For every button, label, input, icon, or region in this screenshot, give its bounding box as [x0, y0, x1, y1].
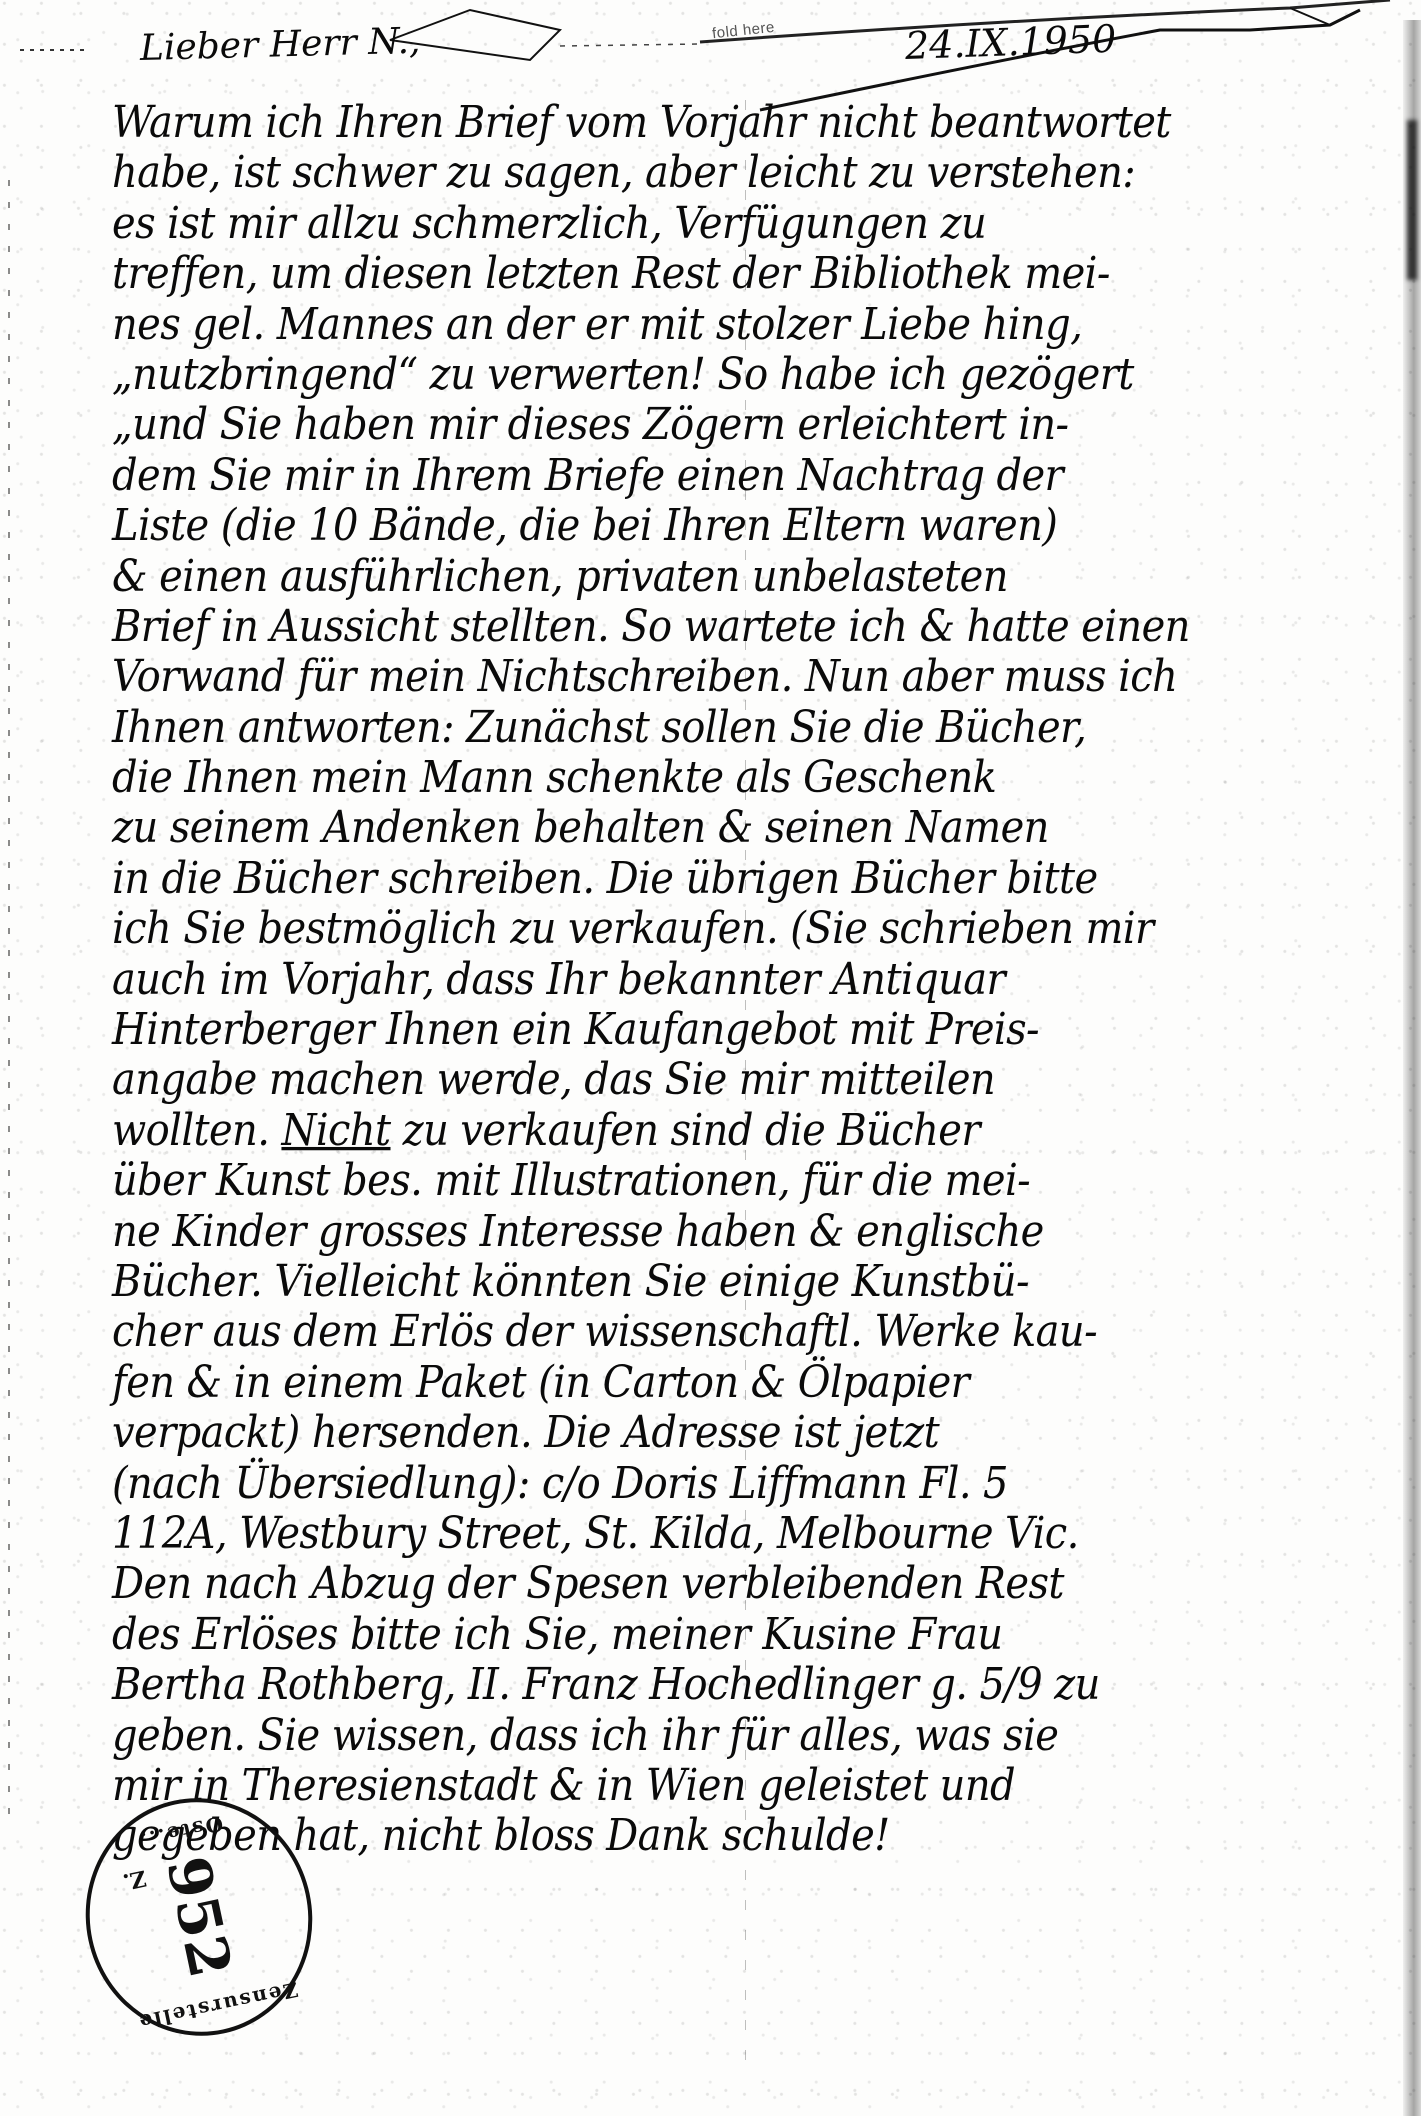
body-line: verpackt) hersenden. Die Adresse ist jet…: [112, 1405, 1382, 1460]
body-line: über Kunst bes. mit Illustrationen, für …: [112, 1153, 1382, 1208]
body-line: Hinterberger Ihnen ein Kaufangebot mit P…: [112, 1002, 1382, 1057]
body-line: Vorwand für mein Nichtschreiben. Nun abe…: [112, 649, 1382, 704]
stamp-letter: Z.: [120, 1864, 148, 1894]
body-line: & einen ausführlichen, privaten unbelast…: [112, 548, 1382, 603]
body-line: in die Bücher schreiben. Die übrigen Büc…: [112, 851, 1382, 906]
body-line: Warum ich Ihren Brief vom Vorjahr nicht …: [112, 95, 1382, 150]
body-line: 112A, Westbury Street, St. Kilda, Melbou…: [112, 1506, 1382, 1561]
left-margin-edge: [8, 180, 10, 1816]
salutation: Lieber Herr N.,: [139, 21, 420, 69]
body-line: die Ihnen mein Mann schenkte als Geschen…: [112, 750, 1382, 805]
body-line: geben. Sie wissen, dass ich ihr für alle…: [112, 1707, 1382, 1762]
body-line: ich Sie bestmöglich zu verkaufen. (Sie s…: [112, 901, 1382, 956]
body-line: ne Kinder grosses Interesse haben & engl…: [112, 1204, 1382, 1259]
stamp-text-top: Zensurstelle: [136, 1977, 301, 2034]
underlined-word: Nicht: [281, 1105, 390, 1156]
body-line: Ihnen antworten: Zunächst sollen Sie die…: [112, 700, 1382, 755]
right-scan-shadow: [1407, 120, 1417, 280]
body-line: dem Sie mir in Ihrem Briefe einen Nachtr…: [112, 448, 1382, 503]
body-line: cher aus dem Erlös der wissenschaftl. We…: [112, 1304, 1382, 1359]
body-line: fen & in einem Paket (in Carton & Ölpapi…: [112, 1355, 1382, 1410]
body-line: auch im Vorjahr, dass Ihr bekannter Anti…: [112, 952, 1382, 1007]
body-line: gegeben hat, nicht bloss Dank schulde!: [112, 1808, 1382, 1863]
body-line: des Erlöses bitte ich Sie, meiner Kusine…: [112, 1607, 1382, 1662]
body-line: Brief in Aussicht stellten. So wartete i…: [112, 599, 1382, 654]
stamp-text-bottom: Oste...: [137, 1811, 226, 1852]
body-line: Den nach Abzug der Spesen verbleibenden …: [112, 1556, 1382, 1611]
body-line: angabe machen werde, das Sie mir mitteil…: [112, 1052, 1382, 1107]
letter-date: 24.IX.1950: [904, 17, 1117, 68]
body-line: „und Sie haben mir dieses Zögern erleich…: [112, 397, 1382, 452]
body-line: habe, ist schwer zu sagen, aber leicht z…: [112, 145, 1382, 200]
stamp-number: 952: [153, 1851, 245, 1984]
body-line: „nutzbringend“ zu verwerten! So habe ich…: [112, 347, 1382, 402]
body-line: Liste (die 10 Bände, die bei Ihren Elter…: [112, 498, 1382, 553]
body-line: zu seinem Andenken behalten & seinen Nam…: [112, 800, 1382, 855]
letter-body: Warum ich Ihren Brief vom Vorjahr nicht …: [112, 100, 1382, 1864]
letter-page: fold here Lieber Herr N., 24.IX.1950 War…: [0, 0, 1421, 2116]
body-line: Bücher. Vielleicht könnten Sie einige Ku…: [112, 1254, 1382, 1309]
body-line: mir in Theresienstadt & in Wien geleiste…: [112, 1758, 1382, 1813]
right-scan-edge: [1403, 20, 1421, 2116]
body-line: Bertha Rothberg, II. Franz Hochedlinger …: [112, 1657, 1382, 1712]
body-line: wollten. Nicht zu verkaufen sind die Büc…: [112, 1103, 1382, 1158]
body-line: treffen, um diesen letzten Rest der Bibl…: [112, 246, 1382, 301]
body-line: (nach Übersiedlung): c/o Doris Liffmann …: [112, 1456, 1382, 1511]
body-line: nes gel. Mannes an der er mit stolzer Li…: [112, 297, 1382, 352]
body-line: es ist mir allzu schmerzlich, Verfügunge…: [112, 196, 1382, 251]
